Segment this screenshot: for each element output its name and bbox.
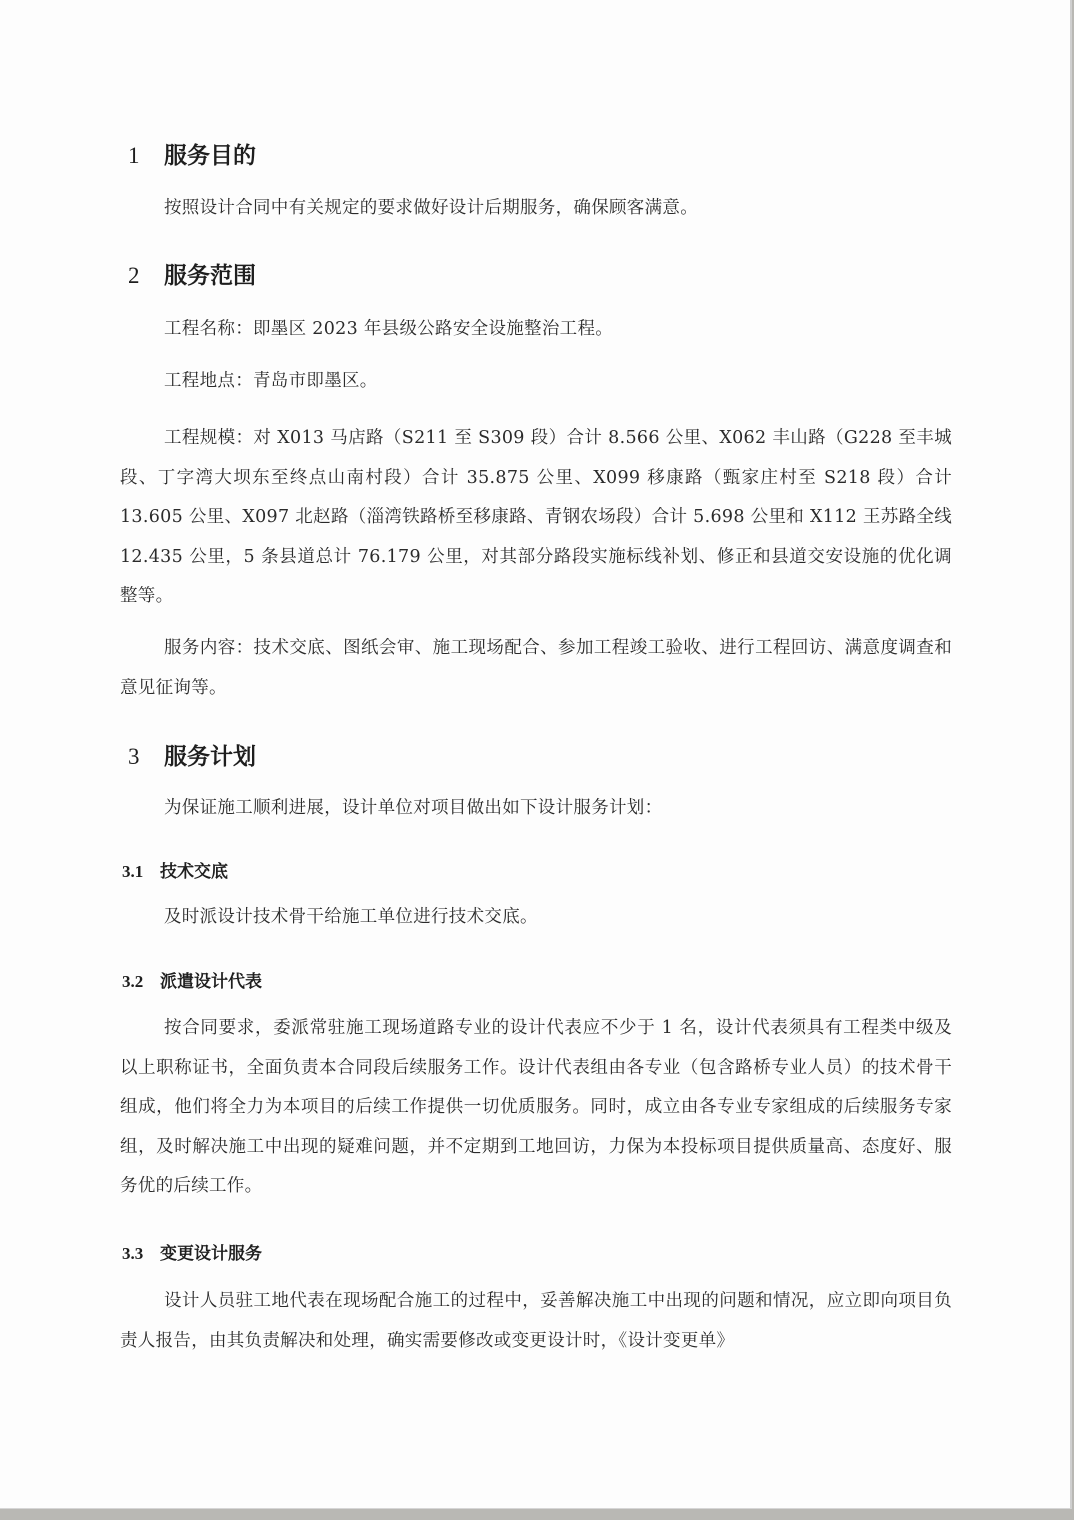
section-1-heading: 1服务目的	[128, 137, 256, 170]
document-page: 1服务目的 按照设计合同中有关规定的要求做好设计后期服务，确保顾客满意。 2服务…	[0, 0, 1072, 1509]
subsection-3-2-paragraph: 按合同要求，委派常驻施工现场道路专业的设计代表应不少于 1 名，设计代表须具有工…	[120, 1009, 952, 1207]
section-title: 服务范围	[164, 263, 256, 289]
section-number: 2	[128, 263, 164, 289]
section-title: 服务目的	[164, 143, 256, 169]
section-number: 3	[128, 744, 164, 770]
project-name-paragraph: 工程名称：即墨区 2023 年县级公路安全设施整治工程。	[120, 310, 952, 350]
subsection-3-1-paragraph: 及时派设计技术骨干给施工单位进行技术交底。	[120, 898, 952, 938]
service-content-paragraph: 服务内容：技术交底、图纸会审、施工现场配合、参加工程竣工验收、进行工程回访、满意…	[120, 629, 952, 708]
project-location-paragraph: 工程地点：青岛市即墨区。	[120, 362, 952, 402]
subsection-title: 变更设计服务	[160, 1244, 262, 1264]
subsection-3-2-heading: 3.2派遣设计代表	[122, 967, 262, 992]
subsection-number: 3.1	[122, 862, 160, 882]
section-3-heading: 3服务计划	[128, 738, 256, 771]
section-number: 1	[128, 143, 164, 169]
subsection-number: 3.3	[122, 1244, 160, 1264]
section-title: 服务计划	[164, 744, 256, 770]
subsection-title: 派遣设计代表	[160, 972, 262, 992]
subsection-3-1-heading: 3.1技术交底	[122, 857, 228, 882]
subsection-3-3-paragraph: 设计人员驻工地代表在现场配合施工的过程中，妥善解决施工中出现的问题和情况，应立即…	[120, 1282, 952, 1361]
subsection-number: 3.2	[122, 972, 160, 992]
subsection-title: 技术交底	[160, 862, 228, 882]
project-scale-paragraph: 工程规模：对 X013 马店路（S211 至 S309 段）合计 8.566 公…	[120, 419, 952, 617]
section-3-intro-paragraph: 为保证施工顺利进展，设计单位对项目做出如下设计服务计划：	[120, 789, 952, 829]
section-1-paragraph-1: 按照设计合同中有关规定的要求做好设计后期服务，确保顾客满意。	[120, 189, 952, 229]
subsection-3-3-heading: 3.3变更设计服务	[122, 1239, 262, 1264]
section-2-heading: 2服务范围	[128, 257, 256, 290]
